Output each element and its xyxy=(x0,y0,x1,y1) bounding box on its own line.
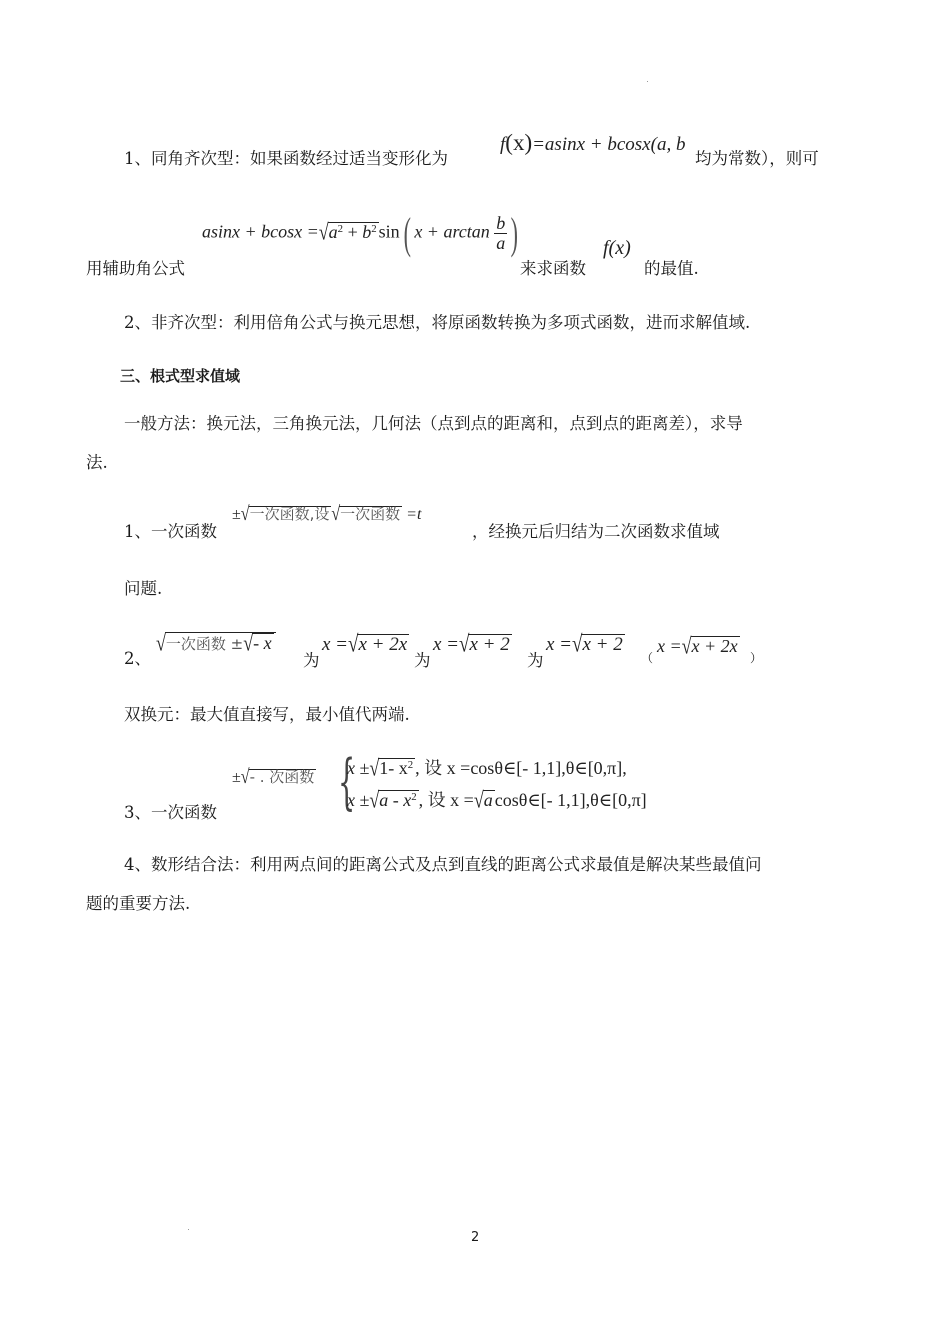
sqrt-icon: √ xyxy=(459,633,469,657)
s3-item3-prefix: 3、一次函数 xyxy=(124,805,217,822)
aux-line-prefix: 用辅助角公式 xyxy=(86,261,185,278)
f4-x: x = xyxy=(657,636,682,656)
eq-t: =t xyxy=(406,506,421,523)
row1-xpm: x ± xyxy=(347,758,369,778)
row2-set-post: cosθ∈[- 1,1],θ∈[0,π] xyxy=(495,790,647,810)
row2-exp: 2 xyxy=(411,791,416,803)
row1-sqrt: 1- x xyxy=(379,758,408,778)
aux-line-mid: 来求函数 xyxy=(520,261,586,278)
item2-text: 2、非齐次型：利用倍角公式与换元思想，将原函数转换为多项式函数，进而求解值域. xyxy=(124,315,750,332)
f3-x: x = xyxy=(546,634,572,655)
sqrt-label: - . 次函数 xyxy=(249,769,317,786)
frac-num: b xyxy=(494,214,507,234)
aux-exp-b: 2 xyxy=(371,223,376,235)
s3-item4-line2: 题的重要方法. xyxy=(86,896,190,913)
fx-symbol: f(x) xyxy=(603,238,631,258)
sqrt-icon: √ xyxy=(319,220,329,243)
aux-line-suffix: 的最值. xyxy=(644,261,699,278)
s3-item1-suffix: ，经换元后归结为二次函数求值域 xyxy=(472,524,720,541)
f1-sqrt: x + 2x xyxy=(357,634,409,655)
paren-close: ） xyxy=(750,652,762,664)
aux-inner: x + arctan xyxy=(414,222,489,242)
formula-4: x =√x + 2x xyxy=(657,636,740,656)
aux-lhs: asinx + bcosx = xyxy=(202,222,319,242)
s3-item1-line2: 问题. xyxy=(124,581,162,598)
formula-1: x =√x + 2x xyxy=(322,634,409,655)
double-substitution: 双换元：最大值直接写，最小值代两端. xyxy=(124,707,410,724)
item1-rhs: =asinx + bcosx(a, b xyxy=(532,134,685,155)
right-paren-icon: ) xyxy=(511,216,518,251)
item1-prefix: 1、同角齐次型：如果函数经过适当变形化为 xyxy=(124,151,448,168)
sqrt-icon: √ xyxy=(156,632,166,655)
pm-symbol: ± xyxy=(232,506,241,523)
case-row-1: x ±√1- x2, 设 x =cosθ∈[- 1,1],θ∈[0,π], xyxy=(347,758,627,778)
wei-2: 为 xyxy=(414,653,431,670)
sqrt-inner: - x xyxy=(252,633,273,653)
wei-3: 为 xyxy=(527,653,544,670)
row2-xpm: x ± xyxy=(347,790,369,810)
aux-sin: sin xyxy=(379,222,400,242)
row2-sqrt-a: a xyxy=(483,790,495,810)
sqrt-icon: √ xyxy=(369,757,379,780)
case-row-2: x ±√a - x2, 设 x =√acosθ∈[- 1,1],θ∈[0,π] xyxy=(347,790,647,810)
aux-b: b xyxy=(362,222,371,242)
s3-item1-prefix: 1、一次函数 xyxy=(124,524,217,541)
sqrt-linear-func-2: 一次函数 xyxy=(339,506,402,523)
sqrt-icon: √ xyxy=(474,789,484,812)
frac-den: a xyxy=(494,234,507,253)
item1-suffix: 均为常数），则可 xyxy=(695,151,819,168)
left-paren-icon: ( xyxy=(403,216,410,251)
formula-2: x =√x + 2 xyxy=(433,634,512,655)
formula-3: x =√x + 2 xyxy=(546,634,625,655)
aux-a: a xyxy=(329,222,338,242)
sqrt-icon: √ xyxy=(572,633,582,657)
general-methods-line1: 一般方法：换元法，三角换元法，几何法（点到点的距离和，点到点的距离差），求导 xyxy=(124,416,743,433)
sqrt-icon: √ xyxy=(369,789,379,812)
f1-x: x = xyxy=(322,634,348,655)
fx-arg: (x) xyxy=(505,130,532,155)
sqrt-outer: 一次函数 ± xyxy=(166,635,243,653)
section-heading: 三、根式型求值域 xyxy=(120,369,240,384)
aux-sqrt: a2 + b2 xyxy=(328,222,379,242)
scan-dot xyxy=(647,81,648,82)
item1-formula: f(x)=asinx + bcosx(a, b xyxy=(500,131,685,154)
wei-1: 为 xyxy=(303,653,320,670)
sqrt-linear-func-1: 一次函数,设 xyxy=(249,506,332,523)
f4-sqrt: x + 2x xyxy=(691,636,740,656)
sqrt-icon: √ xyxy=(243,632,253,656)
sqrt-icon: √ xyxy=(331,505,340,525)
sqrt-icon: √ xyxy=(241,768,250,788)
s3-item3-label: ±√- . 次函数 xyxy=(232,769,316,786)
row2-sqrt: a - x xyxy=(379,790,411,810)
s3-item4-line1: 4、数形结合法：利用两点间的距离公式及点到直线的距离公式求最值是解决某些最值问 xyxy=(124,857,762,874)
paren-open: （ xyxy=(641,652,653,664)
aux-fraction: ba xyxy=(494,214,507,253)
row1-exp: 2 xyxy=(408,759,413,771)
row1-set: , 设 x =cosθ∈[- 1,1],θ∈[0,π], xyxy=(415,758,627,778)
f2-x: x = xyxy=(433,634,459,655)
sqrt-icon: √ xyxy=(348,633,358,657)
aux-plus: + xyxy=(343,222,362,242)
s3-item2-prefix: 2、 xyxy=(124,651,151,668)
f2-sqrt: x + 2 xyxy=(468,634,511,655)
f3-sqrt: x + 2 xyxy=(581,634,624,655)
sqrt-icon: √ xyxy=(682,635,692,658)
aux-angle-formula: asinx + bcosx =√a2 + b2sin(x + arctan ba… xyxy=(202,214,522,253)
pm-symbol: ± xyxy=(232,769,241,786)
general-methods-line2: 法. xyxy=(86,455,108,472)
sqrt-icon: √ xyxy=(241,505,250,525)
s3-item1-formula: ±√一次函数,设√一次函数=t xyxy=(232,506,421,523)
page-number: 2 xyxy=(471,1230,479,1245)
s3-item2-sqrt-expr: √一次函数 ±√- x xyxy=(156,632,276,653)
scan-dot xyxy=(188,1229,189,1230)
row2-set-pre: , 设 x = xyxy=(419,790,474,810)
